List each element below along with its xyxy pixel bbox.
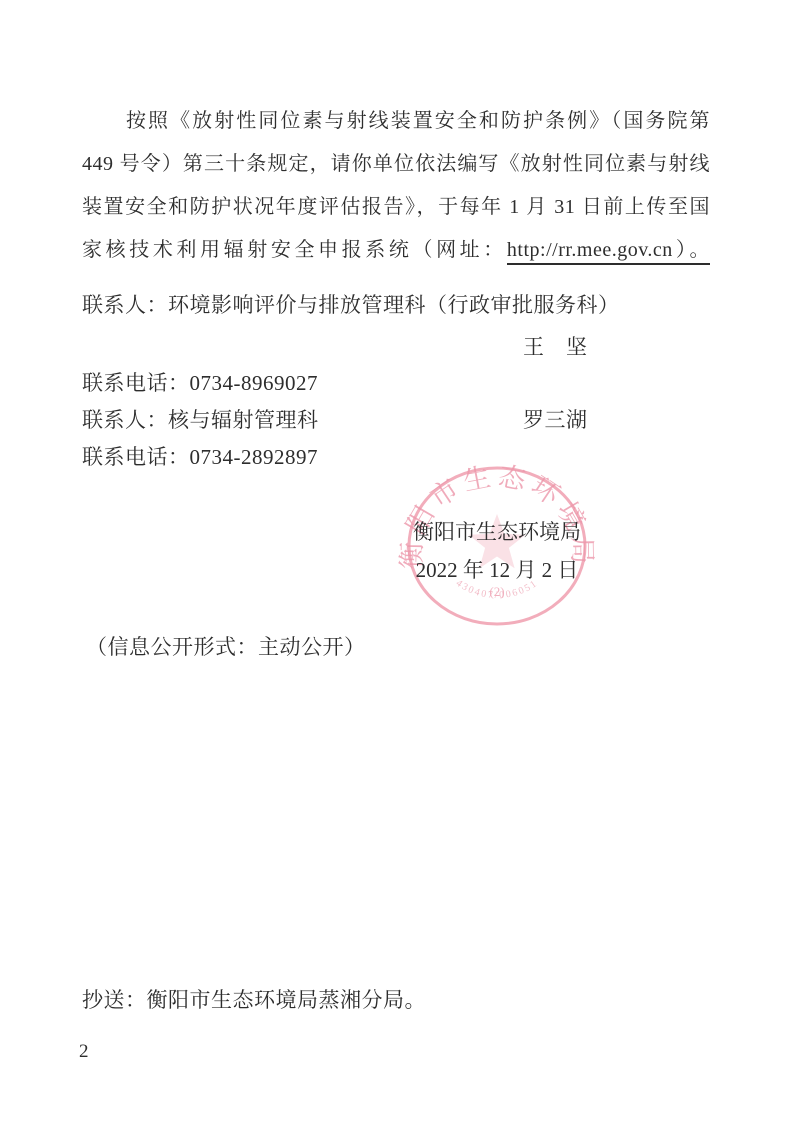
contact2-phone: 联系电话：0734-2892897 [82, 444, 318, 470]
contact1-name: 王 坚 [523, 334, 588, 360]
paragraph-line-4: 家核技术利用辐射安全申报系统（网址：http://rr.mee.gov.cn）。 [82, 229, 710, 272]
contact1-label: 联系人：环境影响评价与排放管理科（行政审批服务科） [82, 292, 620, 318]
paragraph-line-4-text: 家核技术利用辐射安全申报系统（网址： [82, 239, 507, 261]
paragraph-line-2: 449 号令）第三十条规定，请你单位依法编写《放射性同位素与射线 [82, 143, 710, 186]
contact2-name: 罗三湖 [523, 407, 588, 433]
body-paragraph: 按照《放射性同位素与射线装置安全和防护条例》（国务院第 449 号令）第三十条规… [82, 100, 710, 272]
paragraph-line-3: 装置安全和防护状况年度评估报告》，于每年 1 月 31 日前上传至国 [82, 186, 710, 229]
contact1-phone: 联系电话：0734-8969027 [82, 370, 318, 396]
page-number: 2 [79, 1041, 89, 1063]
document-page: 按照《放射性同位素与射线装置安全和防护条例》（国务院第 449 号令）第三十条规… [0, 0, 790, 1125]
paragraph-line-1: 按照《放射性同位素与射线装置安全和防护条例》（国务院第 [82, 100, 710, 143]
official-seal: 衡阳市生态环境局 (2) 430407/006051 [397, 454, 597, 638]
signature-date: 2022 年 12 月 2 日 [397, 554, 597, 584]
cc-note: 抄送：衡阳市生态环境局蒸湘分局。 [82, 987, 426, 1013]
disclosure-note: （信息公开形式：主动公开） [86, 634, 366, 660]
report-system-url[interactable]: http://rr.mee.gov.cn）。 [507, 239, 710, 265]
signature-org: 衡阳市生态环境局 [397, 516, 597, 546]
contact2-label: 联系人：核与辐射管理科 [82, 407, 319, 433]
